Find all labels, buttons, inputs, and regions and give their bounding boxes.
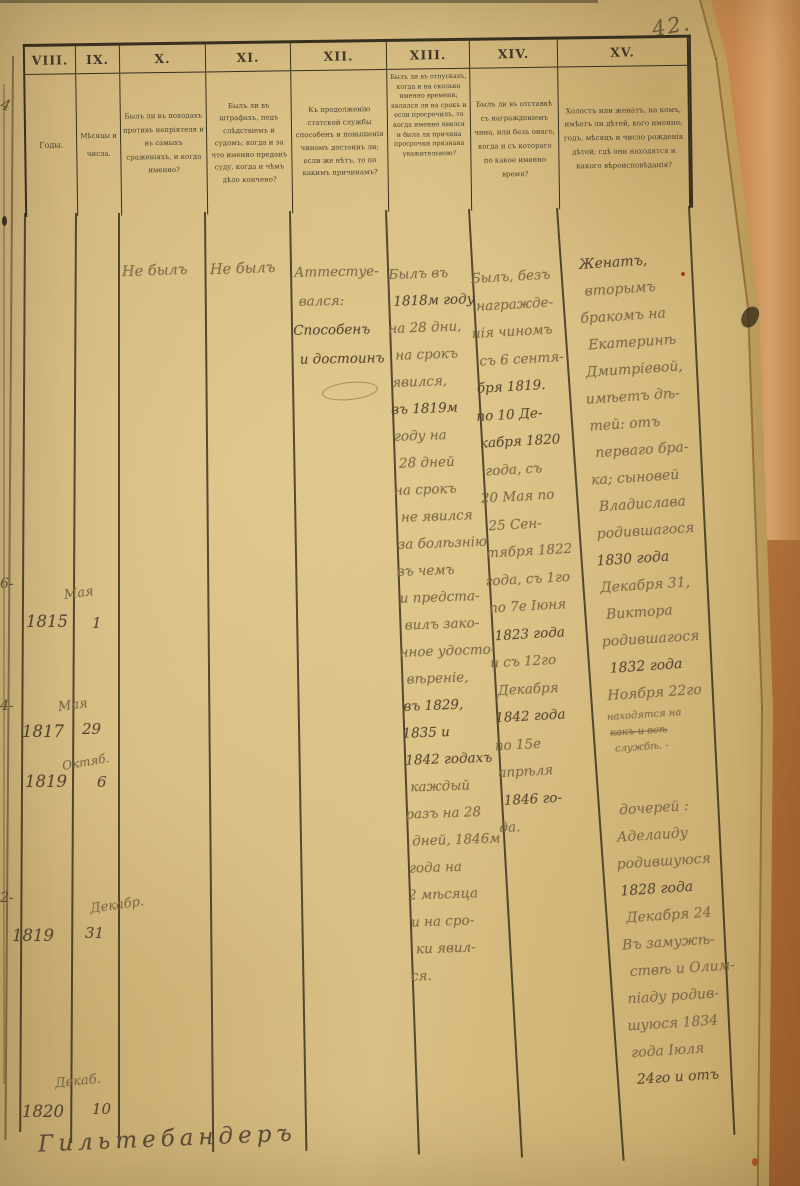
col-ix-numeral: IX. bbox=[76, 46, 119, 75]
col-xii-header-text: Къ продолженію статской службы способенъ… bbox=[294, 103, 386, 180]
col-xi: XI. Былъ ли въ штрафахъ, подъ слѣдствіем… bbox=[206, 43, 293, 214]
table-column-line bbox=[70, 213, 76, 1143]
handwritten-line: съ 6 сентя- bbox=[479, 343, 566, 375]
penalties-entry: Не былъ bbox=[210, 260, 276, 278]
col-x: X. Былъ ли въ походахъ противъ непріятел… bbox=[120, 44, 208, 215]
date-year: 1820 bbox=[22, 1102, 64, 1121]
handwritten-line: 1842 годахъ bbox=[405, 744, 498, 774]
col-xiv-header: Былъ ли въ отставкѣ съ награжденіемъ чин… bbox=[470, 68, 559, 211]
handwritten-line: въ 1829, bbox=[403, 691, 496, 721]
handwritten-line: году на bbox=[394, 421, 487, 451]
col-xv: XV. Холостъ или женатъ, на комъ, имѣетъ … bbox=[558, 38, 691, 210]
handwritten-line: вилъ зако- bbox=[404, 610, 493, 640]
red-speck bbox=[752, 1158, 758, 1166]
date-year: 1817 bbox=[22, 722, 64, 741]
date-year: 1819 bbox=[25, 772, 67, 791]
family-entry: Женатъ,вторымъбракомъ наЕкатеринѣДмитріе… bbox=[578, 244, 762, 1095]
col-ix-header: Мѣсяцы и числа. bbox=[76, 74, 121, 217]
scanned-document-photo: 42. VIII. Годы. IX. Мѣсяцы и числа. X. Б… bbox=[0, 0, 800, 1186]
col-viii-header: Годы. bbox=[25, 74, 77, 217]
handwritten-line: да. bbox=[499, 810, 592, 843]
handwritten-line: и достоинъ bbox=[300, 344, 388, 375]
handwritten-line: тября 1822 bbox=[485, 536, 576, 568]
date-month: Октяб. bbox=[61, 751, 110, 773]
table-left-border bbox=[19, 213, 25, 1132]
handwritten-line: ся. bbox=[411, 960, 506, 990]
handwritten-line: года на bbox=[409, 852, 502, 882]
handwritten-line: явился, bbox=[392, 367, 485, 397]
handwritten-line: ки явил- bbox=[416, 933, 505, 963]
table-column-line bbox=[204, 212, 214, 1152]
ink-flourish bbox=[321, 379, 379, 403]
col-viii-numeral: VIII. bbox=[25, 46, 75, 75]
col-xi-numeral: XI. bbox=[206, 43, 290, 72]
col-xi-header: Былъ ли въ штрафахъ, подъ слѣдствіемъ и … bbox=[206, 71, 292, 214]
table-header: VIII. Годы. IX. Мѣсяцы и числа. X. Былъ … bbox=[23, 35, 693, 217]
handwritten-line: Былъ въ bbox=[388, 259, 481, 289]
handwritten-line: на срокъ bbox=[395, 340, 484, 370]
col-xv-header-text: Холостъ или женатъ, на комъ, имѣетъ ли д… bbox=[561, 103, 687, 173]
handwritten-line: въ чемъ bbox=[396, 556, 491, 586]
handwritten-line: вался: bbox=[299, 286, 387, 317]
col-xiii-numeral: XIII. bbox=[387, 41, 469, 70]
handwritten-line: и предста- bbox=[399, 583, 492, 613]
handwritten-line: Аттестуе- bbox=[294, 257, 386, 288]
handwritten-line: разъ на 28 bbox=[405, 798, 500, 828]
handwritten-line: не явился bbox=[400, 502, 489, 532]
col-x-header-text: Былъ ли въ походахъ противъ непріятеля и… bbox=[123, 109, 205, 178]
col-x-header: Былъ ли въ походахъ противъ непріятеля и… bbox=[120, 72, 207, 215]
handwritten-line: нное удосто- bbox=[399, 637, 494, 667]
handwritten-line: и на сро- bbox=[411, 906, 504, 936]
col-xiv: XIV. Былъ ли въ отставкѣ съ награжденіем… bbox=[470, 40, 560, 211]
red-ink-dot bbox=[681, 272, 685, 276]
signature: Гильтебандеръ bbox=[38, 1120, 298, 1157]
handwritten-line: на 28 дни, bbox=[388, 313, 483, 343]
col-xii: XII. Къ продолженію статской службы спос… bbox=[291, 42, 389, 213]
col-xiii-header-text: Былъ ли въ отпускахъ, когда и на сколько… bbox=[389, 72, 468, 160]
margin-mark: 6- bbox=[0, 576, 14, 592]
ink-blot bbox=[2, 216, 7, 226]
attestation-entry: Аттестуе-вался:Способенъи достоинъ bbox=[294, 257, 388, 375]
col-xiii: XIII. Былъ ли въ отпускахъ, когда и на с… bbox=[387, 41, 472, 212]
handwritten-line: Былъ, безъ bbox=[470, 261, 561, 293]
handwritten-line: дней, 1846м bbox=[412, 825, 501, 855]
margin-mark: 4- bbox=[0, 698, 14, 714]
handwritten-line: 2 мѣсяца bbox=[408, 879, 503, 909]
handwritten-line: 1835 и bbox=[402, 718, 497, 748]
col-xi-header-text: Былъ ли въ штрафахъ, подъ слѣдствіемъ и … bbox=[209, 99, 290, 186]
col-xv-header: Холостъ или женатъ, на комъ, имѣетъ ли д… bbox=[558, 66, 689, 210]
col-xv-numeral: XV. bbox=[558, 38, 687, 68]
handwritten-line: кабря 1820 bbox=[479, 426, 570, 458]
col-xiv-header-text: Былъ ли въ отставкѣ съ награжденіемъ чин… bbox=[473, 97, 557, 182]
col-viii-header-text: Годы. bbox=[39, 138, 63, 153]
date-year: 1819 bbox=[12, 926, 54, 945]
col-ix: IX. Мѣсяцы и числа. bbox=[76, 46, 122, 217]
date-day: 29 bbox=[82, 720, 101, 738]
handwritten-line: по 7е Іюня bbox=[488, 590, 579, 622]
handwritten-line: Способенъ bbox=[293, 315, 387, 346]
col-x-numeral: X. bbox=[120, 44, 205, 73]
top-sheet-edge bbox=[0, 0, 598, 3]
date-month: Мая bbox=[63, 584, 94, 603]
date-day: 6 bbox=[97, 773, 107, 791]
handwritten-line: каждый bbox=[410, 771, 499, 801]
handwritten-line: 28 дней bbox=[399, 448, 488, 478]
handwritten-line: въ 1819м bbox=[391, 394, 486, 424]
handwritten-line: за болѣзнію bbox=[397, 529, 490, 559]
handwritten-line: вѣреніе, bbox=[406, 664, 495, 694]
margin-mark: 2- bbox=[0, 890, 14, 906]
handwritten-line: на срокъ bbox=[394, 475, 489, 505]
campaigns-entry: Не былъ bbox=[122, 262, 188, 280]
date-day: 1 bbox=[92, 614, 102, 632]
col-xiv-numeral: XIV. bbox=[470, 40, 557, 69]
date-year: 1815 bbox=[26, 612, 68, 631]
handwritten-line: 1818м году bbox=[393, 286, 482, 316]
col-ix-header-text: Мѣсяцы и числа. bbox=[79, 127, 119, 164]
date-month: Декаб. bbox=[54, 1072, 101, 1092]
col-viii: VIII. Годы. bbox=[25, 46, 78, 217]
col-xiii-header: Былъ ли въ отпускахъ, когда и на сколько… bbox=[387, 69, 471, 212]
date-day: 31 bbox=[85, 924, 104, 942]
document-page: 42. VIII. Годы. IX. Мѣсяцы и числа. X. Б… bbox=[0, 0, 800, 1186]
date-day: 10 bbox=[92, 1100, 111, 1118]
col-xii-header: Къ продолженію статской службы способенъ… bbox=[291, 70, 388, 213]
col-xii-numeral: XII. bbox=[291, 42, 386, 71]
table-column-line bbox=[118, 213, 120, 1148]
date-month: Мая bbox=[57, 696, 88, 715]
